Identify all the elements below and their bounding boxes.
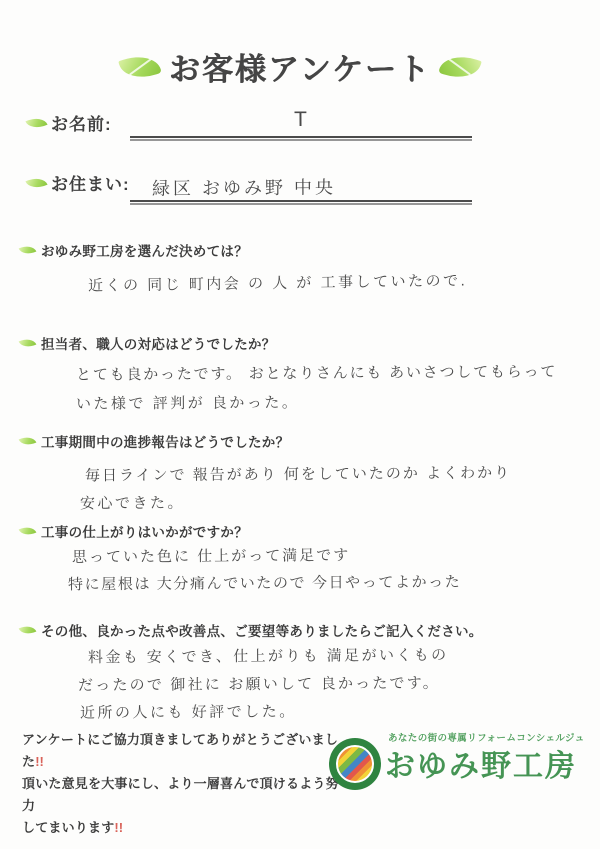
thanks-message: アンケートにご協力頂きましてありがとうございました!! 頂いた意見を大事にし、よ… [22,729,342,839]
question-3-answer-line: 安心できた。 [80,492,185,514]
address-field-label: お住まい: [27,170,130,195]
leaf-bullet-icon [19,523,37,538]
page-title: お客様アンケート [169,44,431,89]
exclamation-mark: !! [35,754,44,769]
thanks-line-text: 頂いた意見を大事にし、より一層喜んで頂けるよう努力 [22,776,339,813]
question-1-label: おゆみ野工房を選んだ決めては？ [41,240,248,260]
question-3-label: 工事期間中の進捗報告はどうでしたか？ [41,431,289,451]
company-name: おゆみ野工房 [385,741,577,785]
thanks-line-text: してまいります [22,820,114,835]
question-2-answer-line: いた様で 評判が 良かった。 [76,391,299,414]
question-4-label: 工事の仕上がりはいかがですか？ [41,521,248,541]
leaf-bullet-icon [19,335,37,350]
thanks-line-text: アンケートにご協力頂きましてありがとうございました [22,732,338,769]
question-3-heading: 工事期間中の進捗報告はどうでしたか？ [20,431,289,451]
question-3-answer-line: 毎日ラインで 報告があり 何をしていたのか よくわかり [85,462,511,486]
address-field-value: 緑区 おゆみ野 中央 [152,173,336,200]
question-5-answer-line: だったので 御社に お願いして 良かったです。 [78,672,440,696]
thanks-line: 頂いた意見を大事にし、より一層喜んで頂けるよう努力 [22,773,342,817]
rainbow-stripes-icon [336,745,374,783]
thanks-line: してまいります!! [22,817,342,839]
name-field-value: T [130,107,472,133]
question-1-answer-line: 近くの 同じ 町内会 の 人 が 工事していたので. [88,269,467,295]
thanks-line: アンケートにご協力頂きましてありがとうございました!! [22,729,342,773]
page-title-row: お客様アンケート [0,44,600,89]
exclamation-mark: !! [114,820,123,835]
name-field-label: お名前: [27,110,112,135]
question-5-answer-line: 近所の人にも 好評でした。 [80,700,297,723]
leaf-icon [438,49,482,84]
leaf-bullet-icon [19,242,37,257]
leaf-icon [118,49,162,84]
address-field-underline [130,200,472,202]
question-5-label: その他、良かった点や改善点、ご要望等ありましたらご記入ください。 [41,620,483,640]
question-4-heading: 工事の仕上がりはいかがですか？ [20,521,248,541]
question-1-heading: おゆみ野工房を選んだ決めては？ [20,240,248,260]
question-2-label: 担当者、職人の対応はどうでしたか？ [41,333,276,353]
question-5-answer-line: 料金も 安くでき、仕上がりも 満足がいくもの [88,644,449,668]
question-5-heading: その他、良かった点や改善点、ご要望等ありましたらご記入ください。 [20,620,483,640]
name-field-underline [130,136,472,138]
question-4-answer-line: 特に屋根は 大分痛んでいたので 今日やってよかった [68,571,461,595]
survey-document: お客様アンケート お名前: T お住まい: 緑区 おゆみ野 中央 おゆみ野工房を… [0,0,600,849]
question-2-heading: 担当者、職人の対応はどうでしたか？ [20,333,276,353]
question-2-answer-line: とても良かったです。 おとなりさんにも あいさつしてもらって [76,360,557,384]
company-logo-badge-icon [329,738,381,790]
leaf-bullet-icon [25,113,47,132]
leaf-bullet-icon [19,433,37,448]
name-label-text: お名前: [51,110,112,135]
address-label-text: お住まい: [51,170,130,195]
question-4-answer-line: 思っていた色に 仕上がって満足です [72,544,350,567]
leaf-bullet-icon [25,173,47,192]
leaf-bullet-icon [19,622,37,637]
